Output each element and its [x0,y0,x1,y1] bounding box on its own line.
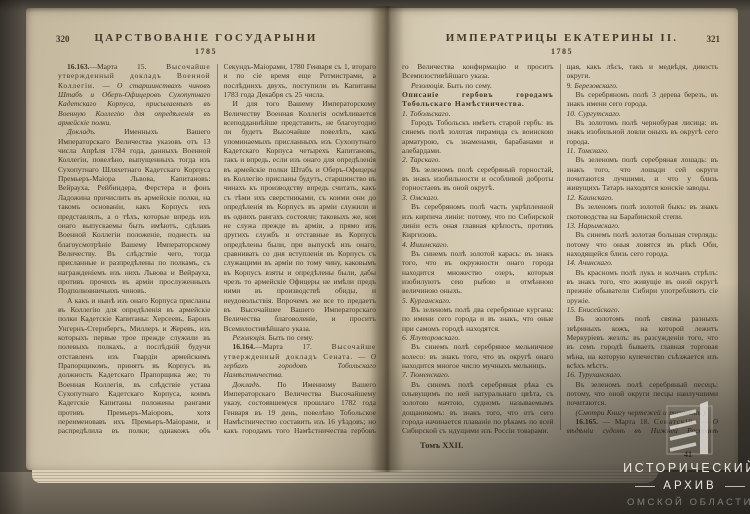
paragraph: 16. Туруханскаго. [567,370,719,379]
watermark-dash-left [635,486,655,487]
paragraph: Городъ Тобольскъ имѣетъ старой гербъ: въ… [402,118,554,155]
paragraph: Въ серебряномъ полѣ часть укрѣпленной из… [402,202,554,239]
paragraph: Докладъ. Именныхъ Вашего Императорскаго … [58,127,211,295]
column-divider [560,64,561,430]
paragraph: Резолюція. Быть по сему. [402,81,554,90]
paragraph: 16.163.—Марта 15. Высочайше утвержденный… [58,62,211,127]
paragraph: Въ зеленомъ полѣ два серебряные кургана:… [402,305,554,333]
paragraph: 4. Ишимскаго. [402,240,554,249]
page-fore-edges [32,470,658,483]
paragraph: Въ зеленомъ полѣ серебряный горностай, в… [402,165,554,193]
paragraph: 7. Тюменскаго. [402,370,554,379]
year-heading: 1785 [26,47,386,56]
paragraph: 11. Томскаго. [567,146,719,155]
paragraph: Въ синемъ полѣ серебряная рѣка съ плывущ… [402,380,554,434]
year-heading: 1785 [386,47,738,56]
paragraph: Въ синемъ полѣ золотая большая стерлядь:… [567,230,719,258]
paragraph: А какъ и нынѣ изъ онаго Корпуса присланы… [58,296,211,434]
paragraph: 9. Березовскаго. [567,81,719,90]
paragraph: 5. Курганскаго. [402,296,554,305]
running-title: ИМПЕРАТРИЦЫ ЕКАТЕРИНЫ II. [386,32,738,44]
paragraph: 13. Нарымскаго. [567,221,719,230]
paragraph: го Величества конфирмацію и проситъ Всем… [402,62,554,81]
text-columns: 16.163.—Марта 15. Высочайше утвержденный… [26,62,386,434]
paragraph: Въ золотомъ полѣ связка разныхъ звѣриных… [567,314,719,370]
paragraph: Резолюція. Быть по сему. [224,333,377,342]
column-divider [217,64,218,430]
paragraph: 3. Омскаго. [402,193,554,202]
paragraph: 15. Енисейскаго. [567,305,719,314]
paragraph: 14. Ачинскаго. [567,258,719,267]
text-column-2: Секундъ-Маіорами, 1780 Генваря съ 1, вто… [224,62,377,434]
text-column-1: 16.163.—Марта 15. Высочайше утвержденный… [58,62,211,434]
paragraph: Въ серебряномъ полѣ 3 дерева березъ, въ … [567,90,719,109]
page-left: 320 ЦАРСТВОВАНІЕ ГОСУДАРЫНИ 1785 16.163.… [26,8,386,470]
text-column-1: го Величества конфирмацію и проситъ Всем… [402,62,554,434]
paragraph: щая, какъ лѣсъ, такъ и медвѣдя, дикость … [567,62,719,81]
watermark-line-1: ИСТОРИЧЕСКИЙ [614,461,750,475]
page-number: 321 [707,34,721,44]
paragraph: 1. Тобольскаго. [402,109,554,118]
running-title: ЦАРСТВОВАНІЕ ГОСУДАРЫНИ [26,32,386,44]
paragraph: 2. Тарскаго. [402,155,554,164]
paragraph: Въ зеленомъ полѣ серебряная лошадь: въ з… [567,155,719,192]
watermark-dash-right [725,486,745,487]
paragraph: 6. Ялуторовскаго. [402,333,554,342]
paragraph: Въ красномъ полѣ лукъ и колчанъ стрѣлъ: … [567,268,719,305]
page-number: 320 [56,34,70,44]
paragraph: Въ золотомъ полѣ чернобурая лисица: въ з… [567,118,719,146]
watermark-line-3: ОМСКОЙ ОБЛАСТИ [614,497,750,508]
paragraph: Въ синемъ полѣ золотой карась: въ знакъ … [402,249,554,296]
text-column-2: щая, какъ лѣсъ, такъ и медвѣдя, дикость … [567,62,719,434]
paragraph: Описаніе гербовъ городамъ Тобольскаго На… [402,90,554,109]
paragraph: Въ синемъ полѣ серебряное мельничное кол… [402,342,554,370]
paragraph: Въ зеленомъ полѣ золотой быкъ: въ знакъ … [567,202,719,221]
text-columns: го Величества конфирмацію и проситъ Всем… [386,62,738,434]
paragraph: И для того Вашему Императорскому Величес… [224,99,377,333]
paragraph: 16.164.—Марта 17. Высочайше утвержденный… [224,342,377,379]
archive-building-icon [664,398,716,456]
archive-watermark: ИСТОРИЧЕСКИЙ АРХИВ ОМСКОЙ ОБЛАСТИ [614,398,750,508]
watermark-line-2: АРХИВ [614,480,750,492]
archival-book-photo: 320 ЦАРСТВОВАНІЕ ГОСУДАРЫНИ 1785 16.163.… [0,0,750,514]
paragraph: Докладъ. По Именному Вашего Императорска… [224,380,377,434]
paragraph: 10. Сургутскаго. [567,109,719,118]
volume-footer: Томъ XXII. [420,440,463,450]
paragraph: Секундъ-Маіорами, 1780 Генваря съ 1, вто… [224,62,377,99]
watermark-line-2-text: АРХИВ [663,480,716,492]
paragraph: 12. Каинскаго. [567,193,719,202]
